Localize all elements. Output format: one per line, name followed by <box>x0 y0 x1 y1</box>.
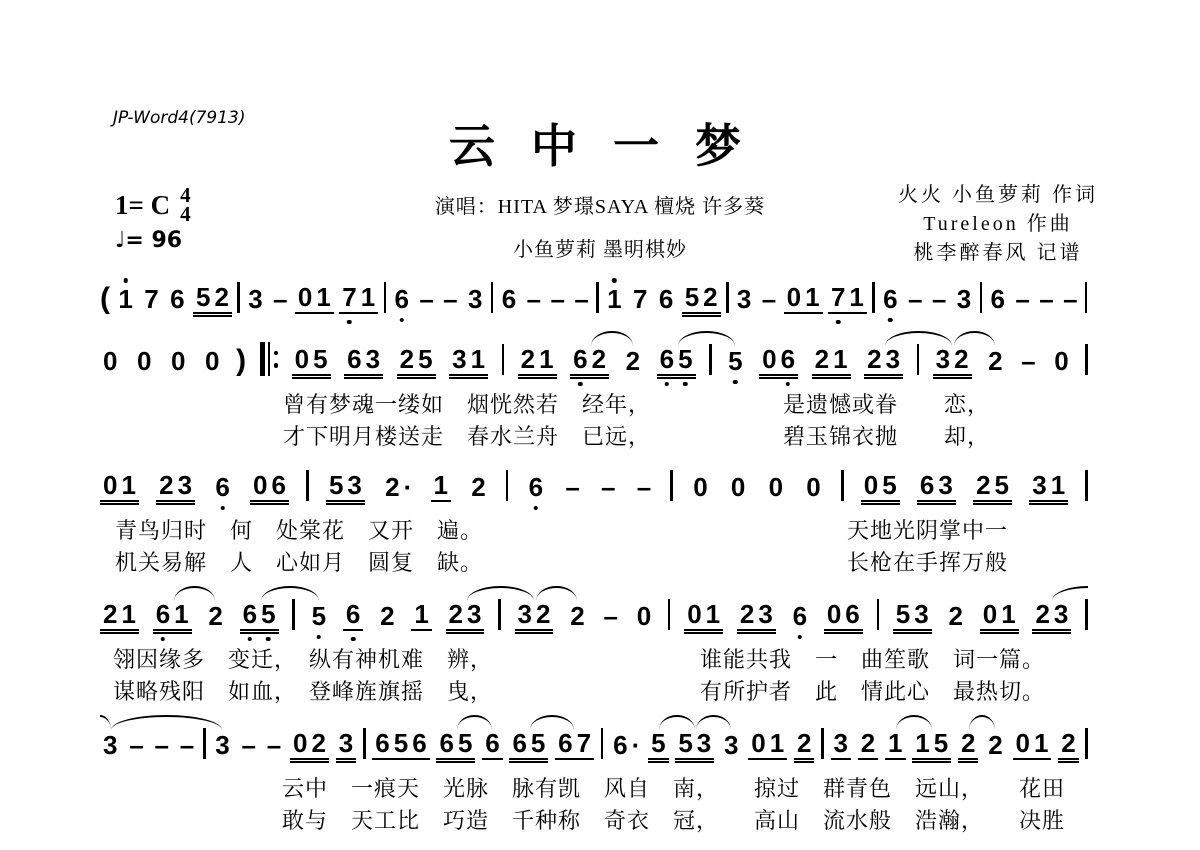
note-digit: 2 <box>534 601 552 627</box>
second-underline <box>449 377 488 380</box>
second-underline <box>292 377 331 380</box>
note-digit: 6 <box>500 286 518 312</box>
augmentation-dot: · <box>402 474 413 500</box>
slur-arc <box>969 715 995 730</box>
note-token: 6· <box>610 732 641 760</box>
system-1: (176523–01716––36–––176523–01716––36––– <box>100 268 1088 314</box>
note-digit: 0 <box>862 472 880 498</box>
note-token: 3 <box>465 286 485 314</box>
slur-arc <box>696 715 731 730</box>
duration-dash: – <box>572 284 590 314</box>
note-token: 1 <box>411 601 431 631</box>
octave-dot-below <box>248 637 253 642</box>
note-digit: 3 <box>912 601 930 627</box>
note-digit: 5 <box>676 346 694 372</box>
note-digit: 0 <box>296 284 314 310</box>
note-digit: 1 <box>704 601 722 627</box>
second-underline <box>1029 503 1068 506</box>
lyric-line: 机关易解 人 心如月 圆复 缺。 <box>115 546 483 577</box>
slur-arc <box>457 715 492 730</box>
note-digit: 2 <box>859 730 877 756</box>
duration-dash: – <box>760 284 778 314</box>
second-underline <box>824 632 863 635</box>
barline <box>1085 728 1088 759</box>
barline <box>1085 599 1088 630</box>
note-digit: 3 <box>364 346 382 372</box>
note-token: 3 <box>734 286 754 314</box>
note-digit: 1 <box>119 472 137 498</box>
note-digit: 2 <box>738 601 756 627</box>
slur-arc <box>885 331 952 346</box>
note-token: 25 <box>397 346 436 376</box>
barline <box>917 344 920 375</box>
barline <box>726 282 729 313</box>
note-digit: 2 <box>1033 601 1051 627</box>
note-digit: 2 <box>1059 730 1077 756</box>
slur-arc <box>659 715 695 730</box>
note-token: 01 <box>684 601 723 631</box>
sheet-music-page: { "page": { "watermark": "JP-Word4(7913)… <box>0 0 1200 850</box>
note-digit: 3 <box>450 346 468 372</box>
note-digit: 0 <box>251 472 269 498</box>
second-underline <box>509 761 548 764</box>
note-token: 0 <box>803 474 823 502</box>
credits-block: 火火 小鱼萝莉 作词Tureleon 作曲桃李醉春风 记谱 <box>898 181 1098 268</box>
octave-dot-below <box>888 318 893 323</box>
notation-line: 0123606532·126–––000005632531 <box>100 456 1088 502</box>
note-digit: 3 <box>176 472 194 498</box>
note-digit: 2 <box>947 603 965 629</box>
barline <box>306 470 309 501</box>
note-digit: 7 <box>631 286 649 312</box>
note-digit: 0 <box>760 346 778 372</box>
duration-dash: – <box>265 730 283 760</box>
note-token: 01 <box>295 284 334 314</box>
note-token: 6 <box>656 286 676 314</box>
note-digit: 1 <box>831 346 849 372</box>
note-digit: 2 <box>206 603 224 629</box>
note-token: 32 <box>515 601 554 631</box>
slur-arc <box>261 586 319 601</box>
note-digit: 3 <box>756 601 774 627</box>
octave-dot-below <box>220 506 225 511</box>
note-digit: 0 <box>101 348 119 374</box>
duration-dash: – <box>441 284 459 314</box>
note-digit: 2 <box>795 730 813 756</box>
second-underline <box>100 632 139 635</box>
barline <box>203 728 206 759</box>
note-token: 06 <box>759 346 798 376</box>
second-underline <box>326 503 365 506</box>
note-digit: 2 <box>519 346 537 372</box>
note-digit: 0 <box>135 348 153 374</box>
note-digit: 5 <box>416 346 434 372</box>
credit-line: Tureleon 作曲 <box>898 210 1098 239</box>
note-digit: 1 <box>886 730 904 756</box>
note-token: 21 <box>518 346 557 376</box>
note-token: 65 <box>657 346 696 376</box>
octave-dot-below <box>786 382 791 387</box>
note-token: 01 <box>784 284 823 314</box>
song-title: 云 中 一 梦 <box>0 110 1200 176</box>
note-token: 2 <box>985 732 1005 760</box>
credit-line: 桃李醉春风 记谱 <box>898 239 1098 268</box>
note-token: 15 <box>912 730 951 760</box>
slur-arc <box>530 715 574 730</box>
duration-dash: – <box>271 284 289 314</box>
note-digit: 5 <box>932 730 950 756</box>
second-underline <box>250 503 289 506</box>
note-digit: 2 <box>952 346 970 372</box>
note-digit: 6 <box>213 474 231 500</box>
note-token: 01 <box>1013 730 1052 760</box>
note-token: 62 <box>570 346 609 376</box>
note-digit: 6 <box>658 346 676 372</box>
note-token: 5 <box>725 348 745 376</box>
note-token: 53 <box>326 472 365 502</box>
note-digit: 1 <box>605 286 623 312</box>
duration-dash: – <box>563 472 581 502</box>
note-token: 63 <box>344 346 383 376</box>
note-digit: 3 <box>345 472 363 498</box>
duration-dash: – <box>127 730 145 760</box>
note-digit: 7 <box>575 730 593 756</box>
note-digit: 0 <box>691 474 709 500</box>
second-underline <box>684 632 723 635</box>
note-token: 23 <box>446 601 485 631</box>
note-token: 2 <box>1058 730 1078 760</box>
note-digit: 1 <box>1032 730 1050 756</box>
note-digit: 3 <box>246 286 264 312</box>
note-token: 23 <box>1032 601 1071 631</box>
note-digit: 2 <box>986 348 1004 374</box>
note-digit: 0 <box>1052 348 1070 374</box>
note-digit: 7 <box>340 284 358 310</box>
note-token: 5 <box>648 730 668 760</box>
duration-dash: – <box>153 730 171 760</box>
note-token: 2 <box>205 603 225 631</box>
note-digit: 6 <box>791 603 809 629</box>
repeat-thick-bar <box>260 342 265 376</box>
note-token: 06 <box>250 472 289 502</box>
note-digit: 2 <box>974 472 992 498</box>
lyric-line: 有所护者 此 情此心 最热切。 <box>700 675 1045 706</box>
note-digit: 0 <box>825 601 843 627</box>
notation-line: 2161265562123322–001236065320123 <box>100 585 1088 631</box>
parenthesis: ) <box>236 346 246 376</box>
note-token: 63 <box>917 472 956 502</box>
duration-dash: – <box>1019 346 1037 376</box>
note-digit: 2 <box>986 732 1004 758</box>
duration-dash: – <box>601 601 619 631</box>
note-digit: 5 <box>327 472 345 498</box>
note-token: 65 <box>240 601 279 631</box>
note-digit: 2 <box>590 346 608 372</box>
note-digit: 2 <box>157 472 175 498</box>
lyric-line: 翎因缘多 变迁， 纵有神机难 辨， <box>113 643 493 674</box>
second-underline <box>344 377 383 380</box>
barline <box>292 599 295 630</box>
note-digit: 2 <box>959 730 977 756</box>
octave-dot-below <box>578 382 583 387</box>
second-underline <box>912 761 951 764</box>
slur-arc <box>896 715 932 730</box>
note-token: 21 <box>812 346 851 376</box>
note-token: 2 <box>985 348 1005 376</box>
second-underline <box>980 632 1019 635</box>
note-token: 2 <box>623 348 643 376</box>
note-token: 65 <box>436 730 475 760</box>
second-underline <box>861 503 900 506</box>
note-digit: 3 <box>955 286 973 312</box>
second-underline <box>436 761 475 764</box>
note-digit: 1 <box>913 730 931 756</box>
barline <box>498 599 501 630</box>
note-digit: 6 <box>571 346 589 372</box>
slur-arc <box>174 586 215 601</box>
note-token: 1 <box>115 286 135 314</box>
note-digit: 3 <box>735 286 753 312</box>
note-token: 3 <box>831 730 851 760</box>
note-token: 01 <box>748 730 787 760</box>
barline <box>1085 470 1088 501</box>
note-token: 1 <box>431 472 451 502</box>
note-digit: 5 <box>194 284 212 310</box>
system-3: 0123606532·126–––000005632531青鸟归时 何 处棠花 … <box>100 456 1088 502</box>
repeat-dots <box>274 342 279 376</box>
note-digit: 5 <box>310 603 328 629</box>
second-underline <box>153 632 192 635</box>
note-digit: 2 <box>383 474 401 500</box>
note-token: 05 <box>861 472 900 502</box>
note-token: 7 <box>141 286 161 314</box>
note-digit: 7 <box>142 286 160 312</box>
note-digit: 0 <box>293 346 311 372</box>
barline <box>670 470 673 501</box>
note-digit: 5 <box>993 472 1011 498</box>
system-4: 2161265562123322–001236065320123翎因缘多 变迁，… <box>100 585 1088 631</box>
second-underline <box>446 632 485 635</box>
second-underline <box>100 503 139 506</box>
note-token: 3 <box>721 732 741 760</box>
note-digit: 5 <box>392 730 410 756</box>
second-underline <box>893 632 932 635</box>
note-digit: 3 <box>722 732 740 758</box>
note-token: 0 <box>634 603 654 631</box>
barline <box>596 282 599 313</box>
parenthesis: ( <box>100 284 110 314</box>
barline <box>877 599 880 630</box>
note-digit: 5 <box>676 730 694 756</box>
duration-dash: – <box>1061 284 1079 314</box>
note-digit: 6 <box>527 474 545 500</box>
note-digit: 2 <box>447 601 465 627</box>
slur-arc <box>111 715 222 730</box>
duration-dash: – <box>549 284 567 314</box>
octave-dot-above <box>612 278 617 283</box>
lyric-line: 天地光阴掌中一 <box>847 514 1008 545</box>
note-digit: 6 <box>154 601 172 627</box>
barline <box>601 728 604 759</box>
note-digit: 0 <box>804 474 822 500</box>
note-digit: 3 <box>465 601 483 627</box>
note-digit: 1 <box>803 284 821 310</box>
note-token: 6 <box>167 286 187 314</box>
note-digit: 1 <box>172 601 190 627</box>
note-token: 6 <box>391 286 411 314</box>
duration-dash: – <box>930 284 948 314</box>
note-token: 6 <box>343 601 363 631</box>
note-digit: 5 <box>726 348 744 374</box>
augmentation-dot: · <box>630 732 641 758</box>
note-digit: 5 <box>456 730 474 756</box>
duration-dash: – <box>906 284 924 314</box>
second-underline <box>657 377 696 380</box>
note-digit: 0 <box>1014 730 1032 756</box>
note-token: 31 <box>449 346 488 376</box>
slur-arc <box>100 715 111 730</box>
note-token: 6 <box>212 474 232 502</box>
note-digit: 5 <box>311 346 329 372</box>
note-digit: 1 <box>847 284 865 310</box>
octave-dot-below <box>351 637 356 642</box>
second-underline <box>515 632 554 635</box>
barline <box>821 728 824 759</box>
note-token: 2 <box>468 474 488 502</box>
lyric-line: 谁能共我 一 曲笙歌 词一篇。 <box>700 643 1045 674</box>
note-digit: 0 <box>785 284 803 310</box>
barline <box>668 599 671 630</box>
octave-dot-below <box>161 637 166 642</box>
note-digit: 0 <box>635 603 653 629</box>
note-token: 61 <box>153 601 192 631</box>
duration-dash: – <box>599 472 617 502</box>
duration-dash: – <box>1037 284 1055 314</box>
second-underline <box>794 761 814 764</box>
note-token: 31 <box>1029 472 1068 502</box>
note-token: 3 <box>212 732 232 760</box>
note-digit: 3 <box>695 730 713 756</box>
note-digit: 1 <box>116 286 134 312</box>
note-digit: 3 <box>936 472 954 498</box>
second-underline <box>812 377 851 380</box>
note-token: 23 <box>737 601 776 631</box>
second-underline <box>570 377 609 380</box>
note-token: 0 <box>1051 348 1071 376</box>
note-token: 53 <box>675 730 714 760</box>
note-digit: 6 <box>168 286 186 312</box>
note-digit: 3 <box>516 601 534 627</box>
note-token: 2· <box>382 474 413 502</box>
note-token: 32 <box>933 346 972 376</box>
lyric-line: 敢与 天工比 巧造 千种称 奇衣 冠， 高山 流水般 浩瀚， 决胜 <box>282 804 1065 835</box>
note-token: 2 <box>567 603 587 631</box>
octave-dot-below <box>836 320 841 325</box>
second-underline <box>240 632 279 635</box>
note-token: 1 <box>885 730 905 760</box>
second-underline <box>864 377 903 380</box>
note-digit: 0 <box>685 601 703 627</box>
notation-line: 3–––3––02365665665676·55330123211522012 <box>100 714 1088 760</box>
note-digit: 2 <box>378 603 396 629</box>
note-token: 53 <box>893 601 932 631</box>
slur-arc <box>954 331 995 346</box>
note-digit: 5 <box>683 284 701 310</box>
octave-dot-below <box>683 382 688 387</box>
note-token: 1 <box>604 286 624 314</box>
note-digit: 6 <box>410 730 428 756</box>
octave-dot-below <box>266 637 271 642</box>
octave-dot-below <box>347 320 352 325</box>
note-token: 05 <box>292 346 331 376</box>
note-digit: 7 <box>829 284 847 310</box>
note-digit: 5 <box>529 730 547 756</box>
note-digit: 6 <box>881 286 899 312</box>
notation-line: (176523–01716––36–––176523–01716––36––– <box>100 268 1088 314</box>
note-digit: 1 <box>768 730 786 756</box>
credit-line: 火火 小鱼萝莉 作词 <box>898 181 1098 210</box>
note-token: 52 <box>193 284 232 314</box>
barline <box>506 470 509 501</box>
note-token: 3 <box>100 732 120 760</box>
note-token: 2 <box>858 730 878 760</box>
note-token: 6 <box>499 286 519 314</box>
note-token: 6 <box>880 286 900 314</box>
second-underline <box>1058 761 1078 764</box>
note-token: 656 <box>372 730 429 760</box>
note-digit: 6 <box>510 730 528 756</box>
second-underline <box>397 377 436 380</box>
note-digit: 3 <box>337 730 355 756</box>
note-digit: 6 <box>657 286 675 312</box>
note-digit: 0 <box>767 474 785 500</box>
note-token: 0 <box>202 348 222 376</box>
lyric-line: 曾有梦魂一缕如 烟恍然若 经年， <box>283 388 651 419</box>
barline <box>1085 282 1088 313</box>
second-underline <box>1032 632 1071 635</box>
slur-arc <box>591 331 633 346</box>
note-token: 02 <box>290 730 329 760</box>
second-underline <box>675 761 714 764</box>
duration-dash: – <box>178 730 196 760</box>
second-underline <box>973 503 1012 506</box>
note-digit: 2 <box>212 284 230 310</box>
slur-arc <box>1052 586 1089 601</box>
second-underline <box>958 761 978 764</box>
note-token: 2 <box>946 603 966 631</box>
note-digit: 0 <box>749 730 767 756</box>
note-token: 21 <box>100 601 139 631</box>
duration-dash: – <box>525 284 543 314</box>
note-digit: 6 <box>373 730 391 756</box>
note-digit: 2 <box>101 601 119 627</box>
notation-line: 0000)0563253121622655062123322–0 <box>100 330 1088 376</box>
note-token: 2 <box>794 730 814 760</box>
repeat-sign <box>260 342 279 376</box>
note-token: 6 <box>526 474 546 502</box>
lyric-line: 云中 一痕天 光脉 脉有凯 风自 南， 掠过 群青色 远山， 花田 <box>282 772 1065 803</box>
system-2: 0000)0563253121622655062123322–0曾有梦魂一缕如 … <box>100 330 1088 376</box>
lyric-line: 长枪在手挥万般 <box>847 546 1008 577</box>
barline <box>237 282 240 313</box>
octave-dot-below <box>317 635 322 640</box>
duration-dash: – <box>635 472 653 502</box>
note-token: 0 <box>168 348 188 376</box>
barline <box>1085 344 1088 375</box>
second-underline <box>648 761 668 764</box>
note-digit: 6 <box>345 346 363 372</box>
note-token: 71 <box>339 284 378 314</box>
